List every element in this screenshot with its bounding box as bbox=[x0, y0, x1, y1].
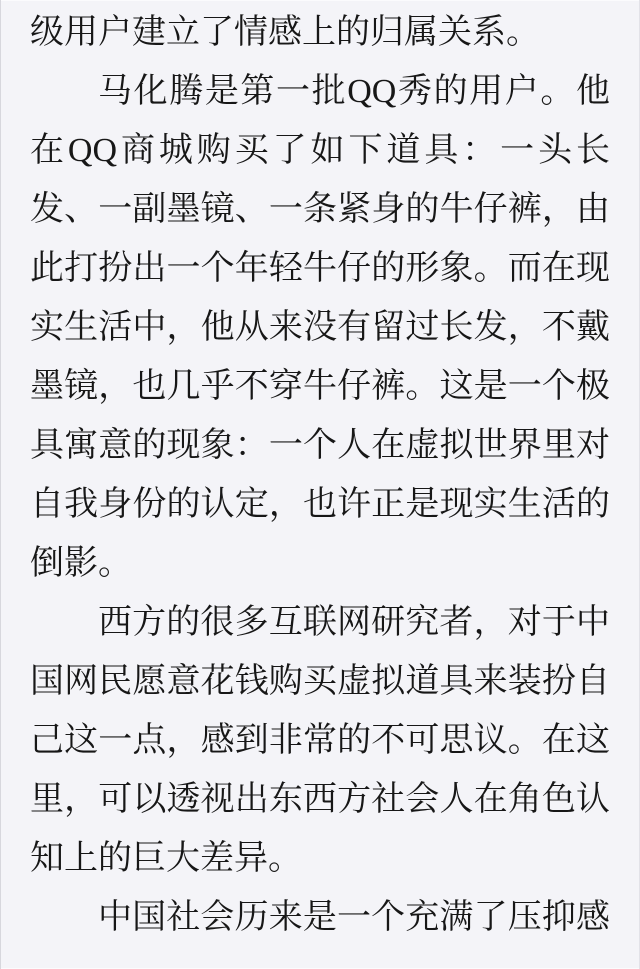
text-line: 国网民愿意花钱购买虚拟道具来装扮自 bbox=[30, 652, 610, 711]
text-line: 此打扮出一个年轻牛仔的形象。而在现 bbox=[30, 239, 610, 298]
text-line: 己这一点，感到非常的不可思议。在这 bbox=[30, 711, 610, 770]
text-line: 具寓意的现象：一个人在虚拟世界里对 bbox=[30, 416, 610, 475]
text-line: 级用户建立了情感上的归属关系。 bbox=[30, 3, 610, 62]
ebook-page[interactable]: 级用户建立了情感上的归属关系。马化腾是第一批QQ秀的用户。他在QQ商城购买了如下… bbox=[0, 0, 640, 969]
text-line: 墨镜，也几乎不穿牛仔裤。这是一个极 bbox=[30, 357, 610, 416]
text-line: 西方的很多互联网研究者，对于中 bbox=[30, 593, 610, 652]
text-line: 在QQ商城购买了如下道具：一头长 bbox=[30, 121, 610, 180]
text-line: 发、一副墨镜、一条紧身的牛仔裤，由 bbox=[30, 180, 610, 239]
text-line: 自我身份的认定，也许正是现实生活的 bbox=[30, 475, 610, 534]
text-line: 倒影。 bbox=[30, 534, 610, 593]
text-line: 马化腾是第一批QQ秀的用户。他 bbox=[30, 62, 610, 121]
text-line: 里，可以透视出东西方社会人在角色认 bbox=[30, 770, 610, 829]
page-text: 级用户建立了情感上的归属关系。马化腾是第一批QQ秀的用户。他在QQ商城购买了如下… bbox=[30, 3, 610, 947]
text-line: 实生活中，他从来没有留过长发，不戴 bbox=[30, 298, 610, 357]
text-line: 知上的巨大差异。 bbox=[30, 829, 610, 888]
text-line: 中国社会历来是一个充满了压抑感 bbox=[30, 888, 610, 947]
